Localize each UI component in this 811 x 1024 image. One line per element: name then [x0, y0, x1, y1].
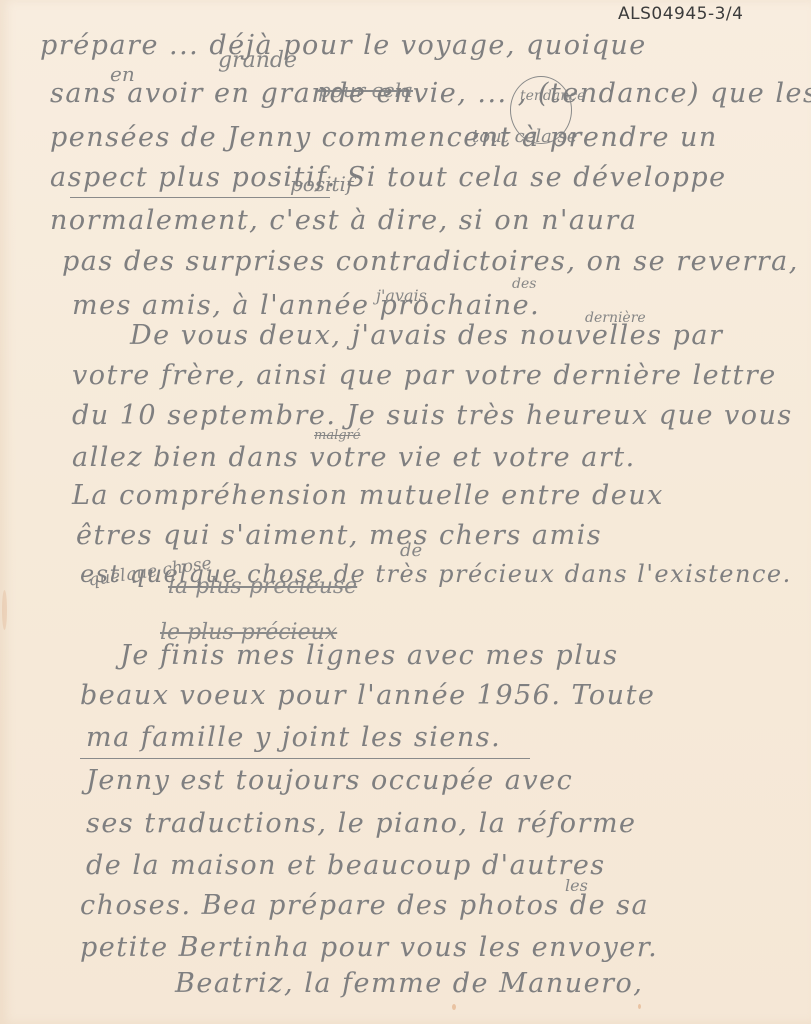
text-line: ma famille y joint les siens.	[86, 722, 501, 753]
text-line: Jenny est toujours occupée avec	[86, 765, 573, 796]
text-line: De vous deux, j'avais des nouvelles par	[130, 320, 723, 351]
text-line: prépare ... déjà pour le voyage, quoique	[40, 30, 647, 61]
text-line: Je finis mes lignes avec mes plus	[120, 640, 619, 671]
text-line: est quelque chose de très précieux dans …	[80, 560, 792, 588]
text-line: choses. Bea prépare des photos de sa	[80, 890, 649, 921]
text-line: du 10 septembre. Je suis très heureux qu…	[72, 400, 793, 431]
text-line: ses traductions, le piano, la réforme	[86, 808, 637, 839]
text-line: pas des surprises contradictoires, on se…	[62, 246, 799, 277]
text-line: votre frère, ainsi que par votre dernièr…	[72, 360, 777, 391]
paper-stain	[638, 1004, 641, 1009]
shelfmark: ALS04945-3/4	[618, 4, 743, 24]
text-line: aspect plus positif. Si tout cela se dév…	[50, 162, 727, 193]
letter-page: ALS04945-3/4 grande en pour cela tendanc…	[0, 0, 811, 1024]
text-line: petite Bertinha pour vous les envoyer.	[80, 932, 658, 963]
text-line: Beatriz, la femme de Manuero,	[175, 968, 643, 999]
text-line: pensées de Jenny commencent à prendre un	[50, 122, 718, 153]
text-line: normalement, c'est à dire, si on n'aura	[50, 205, 637, 236]
text-line: sans avoir en grande envie, ... , (tenda…	[50, 78, 811, 109]
underline-aspect	[70, 197, 330, 198]
underline-famille	[80, 758, 530, 759]
text-line: de la maison et beaucoup d'autres	[86, 850, 606, 881]
text-line: beaux voeux pour l'année 1956. Toute	[80, 680, 655, 711]
paper-stain	[452, 1004, 456, 1010]
text-line: mes amis, à l'année prochaine.	[72, 290, 540, 321]
text-line: La compréhension mutuelle entre deux	[72, 480, 664, 511]
text-line: allez bien dans votre vie et votre art.	[72, 442, 636, 473]
paper-stain	[2, 590, 7, 630]
text-line: êtres qui s'aiment, mes chers amis	[76, 520, 602, 551]
